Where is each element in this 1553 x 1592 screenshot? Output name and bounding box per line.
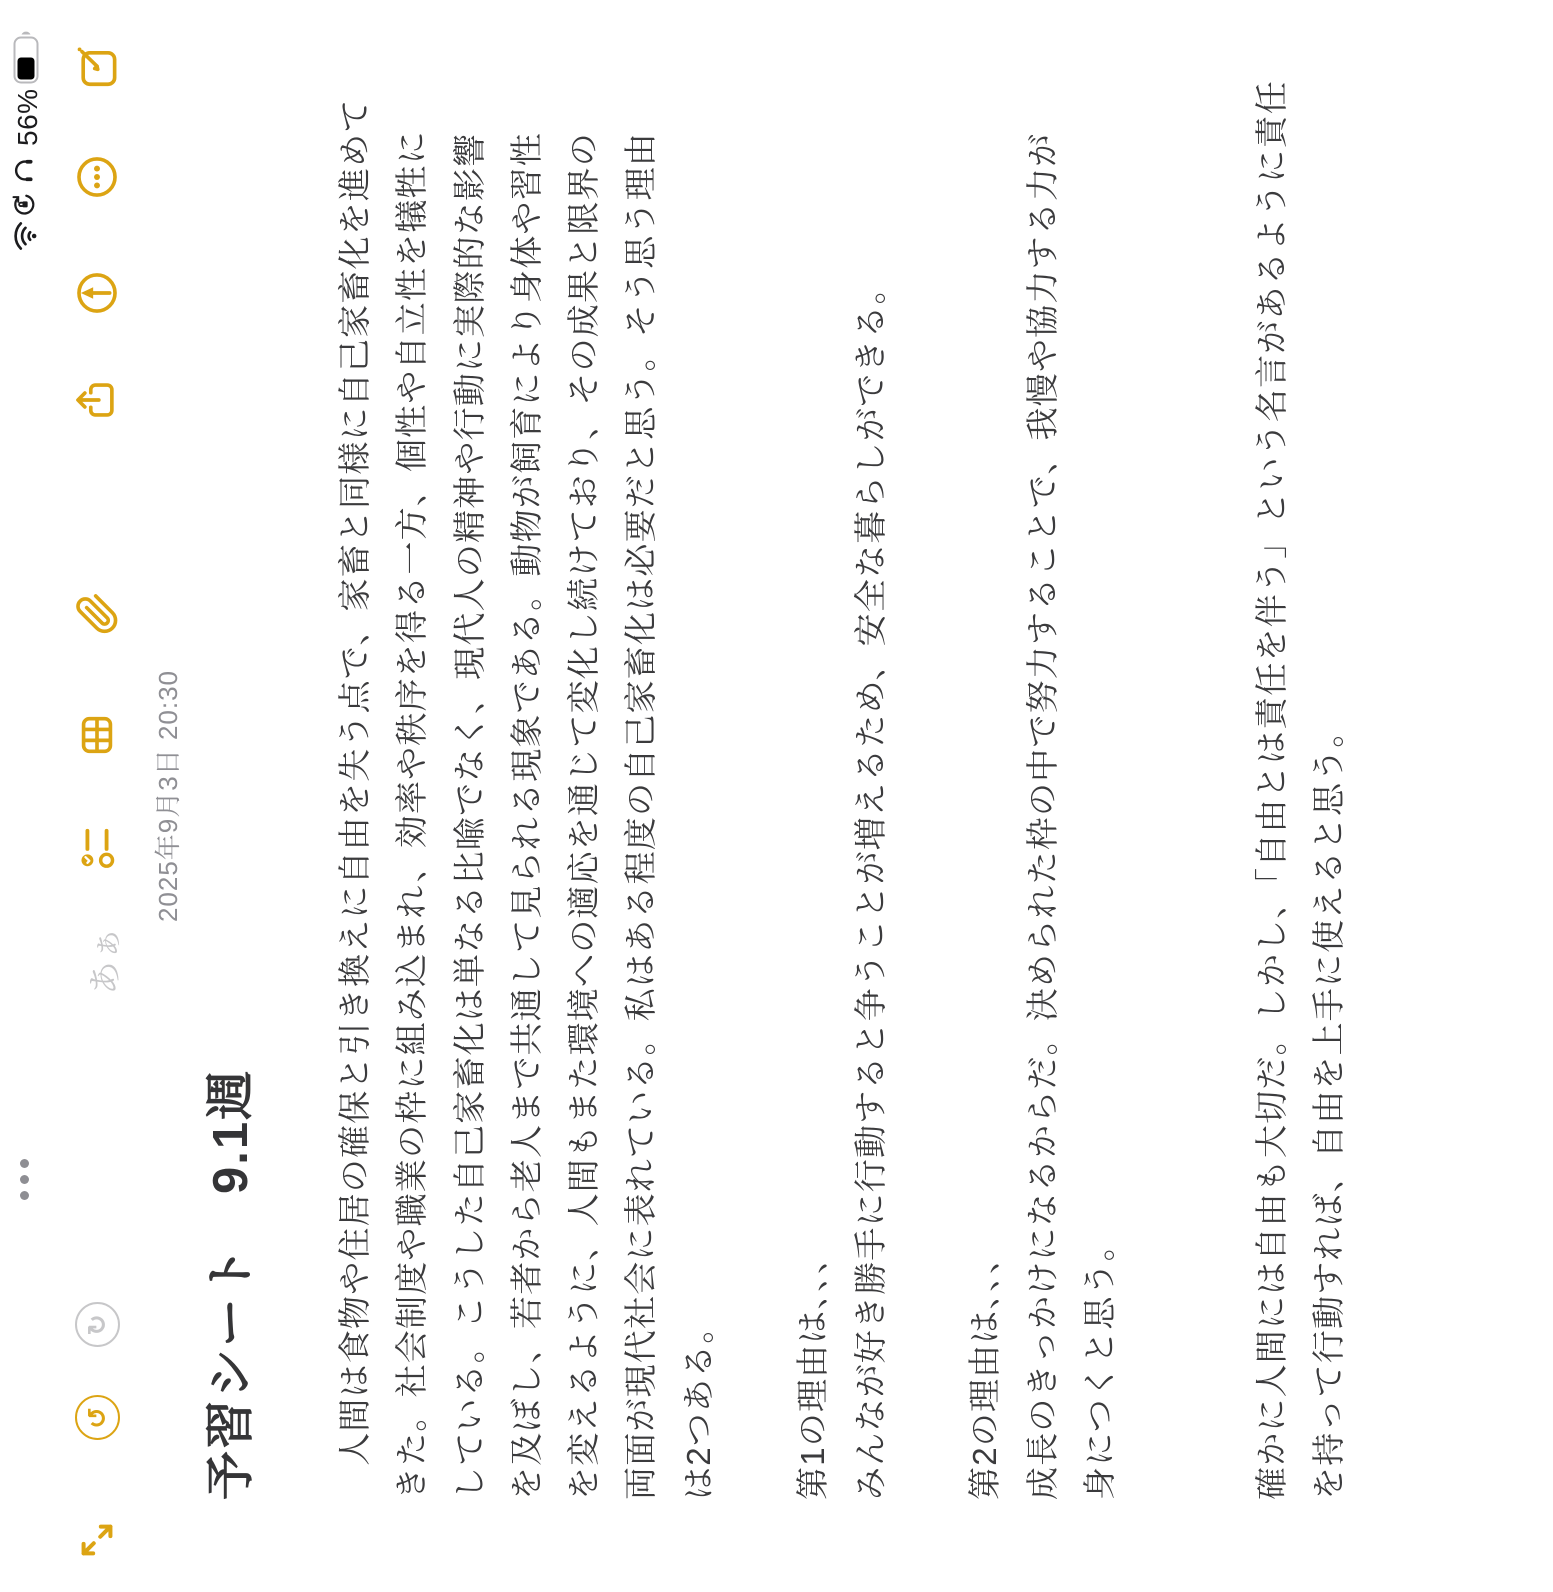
note-date: 2025年9月3日 20:30 xyxy=(148,0,185,1592)
body-line: 両面が現代社会に表れている。私はある程度の自己家畜化は必要だと思う。そう思う理由 xyxy=(612,40,669,1500)
note-title: 予習シート 9.1週 xyxy=(192,1069,262,1500)
checklist-button[interactable] xyxy=(73,824,121,872)
compose-note-button[interactable] xyxy=(73,43,121,91)
compose-icon xyxy=(74,44,120,90)
undo-button[interactable]: ↺ xyxy=(73,1394,121,1442)
attachment-button[interactable] xyxy=(73,589,121,637)
body-line xyxy=(899,40,956,1500)
rotated-screenshot-frame: 56% ↺ ↻ xyxy=(0,0,1553,1592)
note-body: 人間は食物や住居の確保と引き換えに自由を失う点で、家畜と同様に自己家畜化を進めて… xyxy=(326,40,1357,1500)
body-line: 第2の理由は、、、 xyxy=(956,40,1013,1500)
markup-button[interactable] xyxy=(73,269,121,317)
ellipsis-circle-icon xyxy=(74,154,120,200)
body-line: を持って行動すれば、自由を上手に使えると思う。 xyxy=(1300,40,1357,1500)
rotation-lock-icon xyxy=(11,191,43,218)
body-line: きた。社会制度や職業の枠に組み込まれ、効率や秩序を得る一方、個性や自立性を犠牲に xyxy=(383,40,440,1500)
more-options-button[interactable] xyxy=(73,153,121,201)
body-line: を及ぼし、若者から老人まで共通して見られる現象である。動物が飼育により身体や習性 xyxy=(498,40,555,1500)
share-button[interactable] xyxy=(71,376,119,424)
body-line xyxy=(727,40,784,1500)
body-line: は2つある。 xyxy=(670,40,727,1500)
body-line xyxy=(1185,40,1242,1500)
battery-percent-label: 56% xyxy=(12,88,44,146)
share-icon xyxy=(72,377,118,423)
window-handle-dots-icon[interactable] xyxy=(20,1159,29,1200)
paperclip-icon xyxy=(74,590,120,636)
battery-icon xyxy=(13,29,44,84)
body-line: している。こうした自己家畜化は単なる比喩でなく、現代人の精神や行動に実際的な影響 xyxy=(441,40,498,1500)
note-canvas[interactable]: 2025年9月3日 20:30 予習シート 9.1週 人間は食物や住居の確保と引… xyxy=(130,0,1550,1592)
undo-icon: ↺ xyxy=(75,1396,120,1441)
table-icon xyxy=(74,712,120,758)
table-button[interactable] xyxy=(73,711,121,759)
body-line: 第1の理由は、、、 xyxy=(784,40,841,1500)
markup-pen-icon xyxy=(74,270,120,316)
body-line: みんなが好き勝手に行動すると争うことが増えるため、安全な暮らしができる。 xyxy=(842,40,899,1500)
headphones-icon xyxy=(9,156,43,185)
body-line: 身につくと思う。 xyxy=(1071,40,1128,1500)
body-line: 人間は食物や住居の確保と引き換えに自由を失う点で、家畜と同様に自己家畜化を進めて xyxy=(326,40,383,1500)
checklist-icon xyxy=(74,825,120,871)
format-text-button[interactable]: あぁ xyxy=(78,925,127,995)
body-line: 成長のきっかけになるからだ。決められた枠の中で努力することで、我慢や協力する力が xyxy=(1014,40,1071,1500)
body-line: を変えるように、人間もまた環境への適応を通じて変化し続けており、その成果と限界の xyxy=(555,40,612,1500)
format-text-label: あぁ xyxy=(87,925,125,995)
fullscreen-expand-icon[interactable] xyxy=(73,1516,121,1564)
body-line xyxy=(1128,40,1185,1500)
redo-icon: ↻ xyxy=(75,1303,120,1348)
wifi-icon xyxy=(8,220,45,252)
body-line: 確かに人間には自由も大切だ。しかし、「自由とは責任を伴う」という名言があるように… xyxy=(1243,40,1300,1500)
notes-app-window: 56% ↺ ↻ xyxy=(0,0,1553,1592)
redo-button[interactable]: ↻ xyxy=(73,1301,121,1349)
